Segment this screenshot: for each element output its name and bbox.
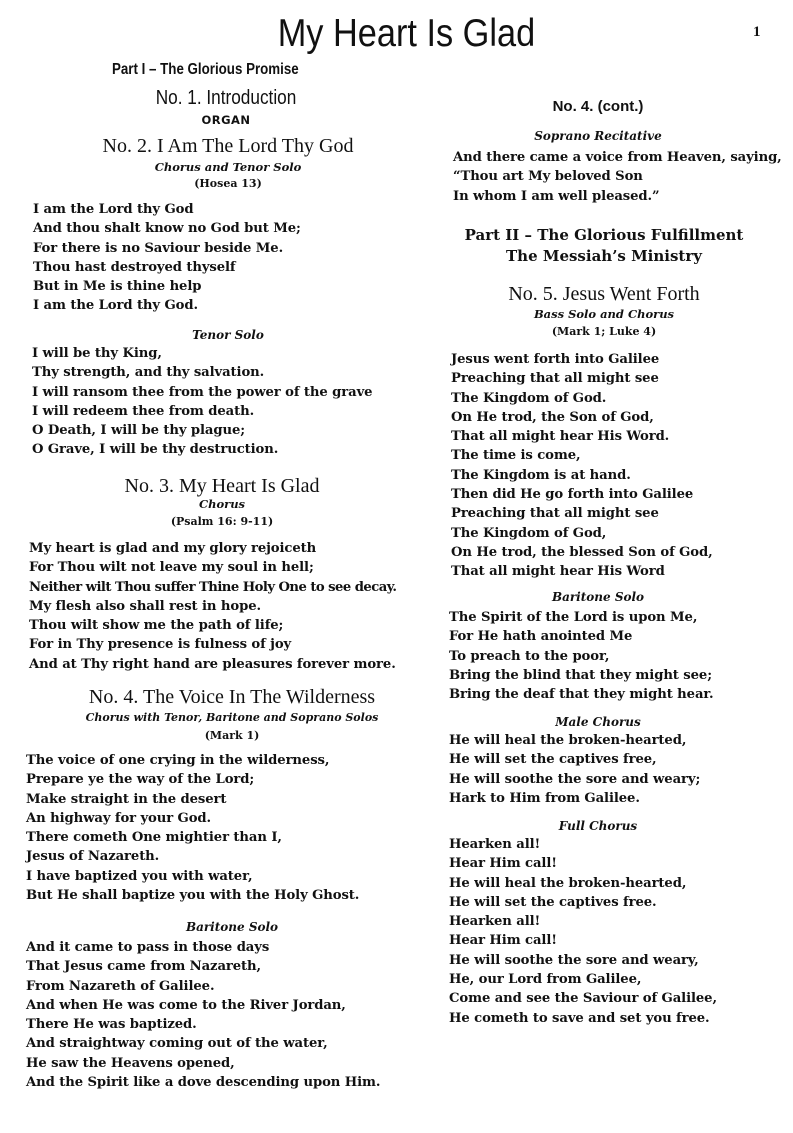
part-two-heading: Part II – The Glorious Fulfillment [434,226,774,244]
lyric-line: He will soothe the sore and weary; [449,770,779,789]
lyric-line: Thou hast destroyed thyself [33,258,423,277]
lyric-line: Then did He go forth into Galilee [451,485,781,504]
lyric-line: I am the Lord thy God [33,200,423,219]
lyric-line: Jesus went forth into Galilee [451,350,781,369]
no2-heading: No. 2. I Am The Lord Thy God [8,135,448,158]
lyric-line: Preaching that all might see [451,369,781,388]
lyric-line: The voice of one crying in the wildernes… [26,751,416,770]
lyric-line: The Kingdom of God. [451,389,781,408]
lyric-line: On He trod, the blessed Son of God, [451,543,781,562]
lyric-line: O Death, I will be thy plague; [32,421,422,440]
lyric-line: And there came a voice from Heaven, sayi… [453,148,783,167]
baritone-solo-lyrics: And it came to pass in those days That J… [26,938,416,1092]
lyric-line: Hear Him call! [449,854,779,873]
no2-reference: (Hosea 13) [8,177,448,190]
lyric-line: I am the Lord thy God. [33,296,423,315]
no3-heading: No. 3. My Heart Is Glad [2,475,442,498]
lyric-line: He will heal the broken-hearted, [449,731,779,750]
lyric-line: I will be thy King, [32,344,422,363]
full-chorus-lyrics: Hearken all! Hear Him call! He will heal… [449,835,779,1028]
lyric-line: He cometh to save and set you free. [449,1009,779,1028]
lyric-line: The Kingdom of God, [451,524,781,543]
lyric-line: For there is no Saviour beside Me. [33,239,423,258]
lyric-line: He saw the Heavens opened, [26,1054,416,1073]
lyric-line: That all might hear His Word. [451,427,781,446]
no5-heading: No. 5. Jesus Went Forth [434,283,774,306]
no5-voicing: Bass Solo and Chorus [434,307,774,321]
lyric-line: He will set the captives free, [449,750,779,769]
lyric-line: Bring the deaf that they might hear. [449,685,779,704]
lyric-line: And the Spirit like a dove descending up… [26,1073,416,1092]
lyric-line: From Nazareth of Galilee. [26,977,416,996]
tenor-solo-lyrics: I will be thy King, Thy strength, and th… [32,344,422,460]
lyric-line: And when He was come to the River Jordan… [26,996,416,1015]
no5-reference: (Mark 1; Luke 4) [434,325,774,338]
lyric-line: The Spirit of the Lord is upon Me, [449,608,779,627]
no4-lyrics: The voice of one crying in the wildernes… [26,751,416,905]
lyric-line: The time is come, [451,446,781,465]
lyric-line: I will redeem thee from death. [32,402,422,421]
no1-heading: No. 1. Introduction [37,87,415,110]
no1-voicing: ORGAN [6,113,446,127]
lyric-line: And at Thy right hand are pleasures fore… [29,655,419,674]
lyric-line: In whom I am well pleased.” [453,187,783,206]
lyric-line: Preaching that all might see [451,504,781,523]
lyric-line: “Thou art My beloved Son [453,167,783,186]
full-chorus-label: Full Chorus [428,817,768,835]
lyric-line: An highway for your God. [26,809,416,828]
lyric-line: Hear Him call! [449,931,779,950]
no2-lyrics: I am the Lord thy God And thou shalt kno… [33,200,423,316]
lyric-line: My heart is glad and my glory rejoiceth [29,539,419,558]
lyric-line: To preach to the poor, [449,647,779,666]
lyric-line: But in Me is thine help [33,277,423,296]
baritone-solo-lyrics-2: The Spirit of the Lord is upon Me, For H… [449,608,779,704]
no5-lyrics: Jesus went forth into Galilee Preaching … [451,350,781,582]
lyric-line: Jesus of Nazareth. [26,847,416,866]
no4-reference: (Mark 1) [12,729,452,742]
lyric-line: There He was baptized. [26,1015,416,1034]
lyric-line: Hearken all! [449,912,779,931]
part-one-heading: Part I – The Glorious Promise [112,61,447,79]
lyric-line: He will set the captives free. [449,893,779,912]
page-title: My Heart Is Glad [49,12,764,56]
part-two-subheading: The Messiah’s Ministry [434,247,774,265]
lyric-line: That Jesus came from Nazareth, [26,957,416,976]
baritone-solo-label: Baritone Solo [12,918,452,936]
no4-heading: No. 4. The Voice In The Wilderness [12,686,452,709]
lyric-line: Prepare ye the way of the Lord; [26,770,416,789]
lyric-line: For Thou wilt not leave my soul in hell; [29,558,419,577]
soprano-recitative-lyrics: And there came a voice from Heaven, sayi… [453,148,783,206]
page-number: 1 [753,24,761,41]
no2-voicing: Chorus and Tenor Solo [8,160,448,174]
lyric-line: Bring the blind that they might see; [449,666,779,685]
lyric-line: He will soothe the sore and weary, [449,951,779,970]
lyric-line: Thou wilt show me the path of life; [29,616,419,635]
no4-voicing: Chorus with Tenor, Baritone and Soprano … [12,711,452,724]
no3-lyrics: My heart is glad and my glory rejoiceth … [29,539,419,674]
soprano-recitative-label: Soprano Recitative [428,127,768,145]
lyric-line: He, our Lord from Galilee, [449,970,779,989]
lyric-line: On He trod, the Son of God, [451,408,781,427]
no3-voicing: Chorus [2,497,442,511]
lyric-line: Neither wilt Thou suffer Thine Holy One … [29,578,419,597]
lyric-line: But He shall baptize you with the Holy G… [26,886,416,905]
lyric-line: For in Thy presence is fulness of joy [29,635,419,654]
lyric-line: Make straight in the desert [26,790,416,809]
male-chorus-lyrics: He will heal the broken-hearted, He will… [449,731,779,808]
lyric-line: And thou shalt know no God but Me; [33,219,423,238]
tenor-solo-label: Tenor Solo [8,326,448,344]
lyric-line: For He hath anointed Me [449,627,779,646]
no3-reference: (Psalm 16: 9-11) [2,515,442,528]
lyric-line: And it came to pass in those days [26,938,416,957]
lyric-line: Come and see the Saviour of Galilee, [449,989,779,1008]
lyric-line: I will ransom thee from the power of the… [32,383,422,402]
lyric-line: The Kingdom is at hand. [451,466,781,485]
male-chorus-label: Male Chorus [428,713,768,731]
lyric-line: There cometh One mightier than I, [26,828,416,847]
lyric-line: And straightway coming out of the water, [26,1034,416,1053]
lyric-line: That all might hear His Word [451,562,781,581]
baritone-solo-label-2: Baritone Solo [428,588,768,606]
lyric-line: I have baptized you with water, [26,867,416,886]
lyric-line: Hark to Him from Galilee. [449,789,779,808]
lyric-line: O Grave, I will be thy destruction. [32,440,422,459]
lyric-line: My flesh also shall rest in hope. [29,597,419,616]
lyric-line: Thy strength, and thy salvation. [32,363,422,382]
lyric-line: He will heal the broken-hearted, [449,874,779,893]
lyric-line: Hearken all! [449,835,779,854]
no4-cont-heading: No. 4. (cont.) [428,98,768,115]
